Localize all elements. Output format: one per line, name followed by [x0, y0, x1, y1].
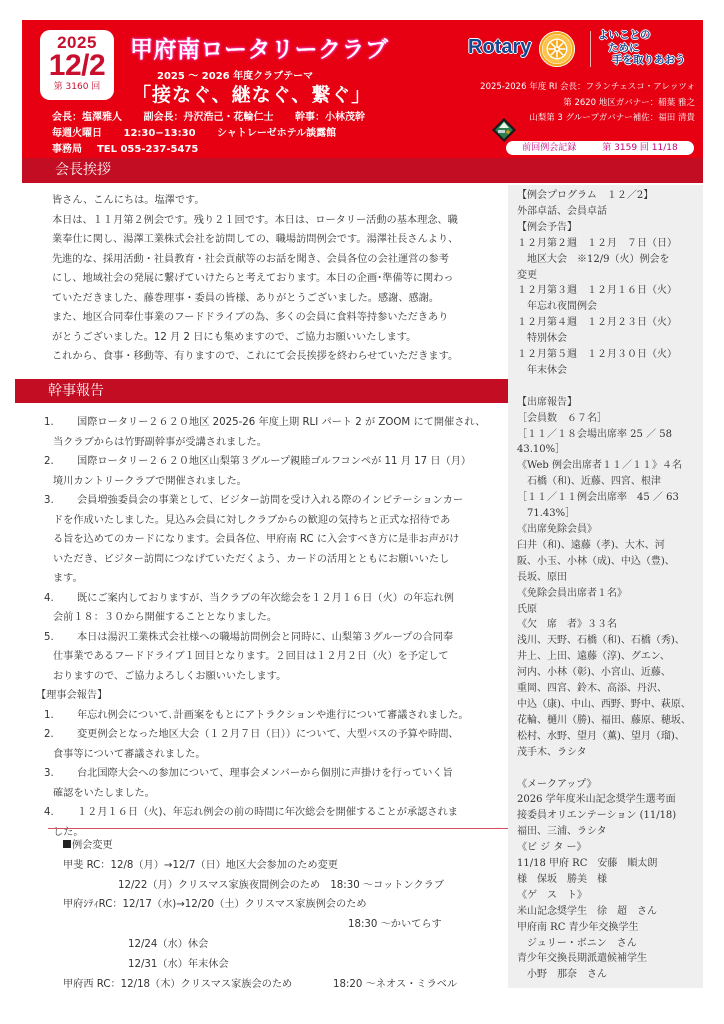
- club-theme: 「接なぐ、継なぐ、繋ぐ」: [132, 80, 371, 107]
- section-header-greeting: 会長挨拶: [22, 158, 703, 183]
- report-item-number: 1.: [44, 706, 77, 726]
- report-item: 2.国際ロータリー２６２０地区山梨第３グループ親睦ゴルフコンペが 11 月 17…: [44, 452, 506, 491]
- sidebar-line: 2026 学年度米山記念奨学生選考面: [517, 792, 701, 808]
- greeting-line: これから、食事・移動等、有りますので、これにて会長挨拶を終わらせていただきます。: [52, 347, 502, 367]
- sidebar-line: 様 保坂 勝美 様: [517, 872, 701, 888]
- report-line: 国際ロータリー２６２０地区 2025-26 年度上期 RLI パート 2 が Z…: [77, 413, 506, 433]
- meeting-change-row: 12/31（水）年末休会: [63, 955, 503, 975]
- meeting-time: 12:30−13:30: [123, 128, 195, 139]
- greeting-line: 皆さん、こんにちは。塩澤です。: [52, 191, 502, 211]
- previous-meeting-record: 前回例会記録 第 3159 回 11/18: [506, 141, 694, 155]
- sidebar-line: ［１１／１８会場出席率 25 ／ 58: [517, 427, 701, 443]
- district-governor: 第 2620 地区ガバナー：稲葉 雅之: [480, 96, 695, 112]
- report-line: 変更例会となった地区大会（１２月７日（日））について、大型バスの予算や時間、: [77, 725, 506, 745]
- report-line: 台北国際大会への参加について、理事会メンバーから個別に声掛けを行っていく旨: [77, 764, 506, 784]
- report-line: 本日は湯沢工業株式会社様への職場訪問例会と同時に、山梨第３グループの合同奉: [77, 628, 506, 648]
- meeting-day: 毎週火曜日: [52, 128, 102, 139]
- report-line: いただき、ビジター訪問につなげていただくよう、カードの活用とともにお願いいたし: [53, 550, 506, 570]
- sidebar-line: 11/18 甲府 RC 安藤 順太朗: [517, 856, 701, 872]
- meeting-change-row: 18:30 ～かいてらす: [63, 915, 503, 935]
- slogan-line: よいことの: [598, 29, 686, 42]
- greeting-line: がとうございました。12 月 2 日にも集めますので、ご協力お願いいたします。: [52, 328, 502, 348]
- greeting-line: ていただきました、藤巻理事・委員の皆様、ありがとうございました。感謝、感謝。: [52, 289, 502, 309]
- board-report-label: 【理事会報告】: [36, 686, 506, 706]
- club-name: 甲府南ロータリークラブ: [130, 31, 389, 64]
- report-item-text: 国際ロータリー２６２０地区 2025-26 年度上期 RLI パート 2 が Z…: [77, 413, 506, 452]
- report-item-text: 年忘れ例会について､計画案をもとにアトラクションや進行について審議されました。: [77, 706, 506, 726]
- sidebar-line: 甲府南 RC 青少年交換学生: [517, 920, 701, 936]
- greeting-line: にし、地域社会の発展に繋げていけたらと考えております。本日の企画･準備等に関わっ: [52, 269, 502, 289]
- prev-meeting-label: 前回例会記録: [522, 141, 576, 155]
- report-line: ます。: [53, 569, 506, 589]
- report-line: 当クラブからは竹野副幹事が受講されました。: [53, 433, 506, 453]
- president-greeting: 皆さん、こんにちは。塩澤です。 本日は、１１月第２例会です。残り２１回です。本日…: [52, 191, 502, 367]
- sidebar-line: 河内、小林（彰)、小宮山、近藤、: [517, 665, 701, 681]
- greeting-line: また、地区合同奉仕事業のフードドライブの為、多くの会員に食料等持参いただきあり: [52, 308, 502, 328]
- sidebar-line: 青少年交換長期派遣候補学生: [517, 951, 701, 967]
- report-item-text: 本日は湯沢工業株式会社様への職場訪問例会と同時に、山梨第３グループの合同奉仕事業…: [77, 628, 506, 687]
- vice-president: 副会長：丹沢浩己・花輪仁士: [143, 112, 273, 123]
- meeting-change-row: 甲斐 RC：12/8（月）→12/7（日）地区大会参加のため変更: [63, 856, 503, 876]
- office-label: 事務局: [52, 144, 82, 155]
- meeting-change-row: 甲府ｼﾃｨRC：12/17（水)→12/20（土）クリスマス家族例会のため: [63, 895, 503, 915]
- report-item: 4.既にご案内しておりますが、当クラブの年次総会を１２月１６日（火）の年忘れ例会…: [44, 589, 506, 628]
- secretary-report-list: 1.国際ロータリー２６２０地区 2025-26 年度上期 RLI パート 2 が…: [44, 413, 506, 842]
- report-item: 1.国際ロータリー２６２０地区 2025-26 年度上期 RLI パート 2 が…: [44, 413, 506, 452]
- report-line: 境川カントリークラブで開催されました。: [53, 472, 506, 492]
- meeting-info-sidebar: 【例会プログラム １２／2】外部卓話、会員卓話【例会予告】１２月第２週 １２月 …: [508, 185, 703, 988]
- sidebar-line: 茂手木、ラシタ: [517, 745, 701, 761]
- sidebar-line: [517, 761, 701, 777]
- sidebar-line: 43.10%］: [517, 442, 701, 458]
- ri-president: 2025-2026 年度 RI 会長：フランチェスコ・アレッツォ: [480, 80, 695, 96]
- report-line: 年忘れ例会について､計画案をもとにアトラクションや進行について審議されました。: [77, 706, 506, 726]
- sidebar-line: ［会員数 ６７名］: [517, 411, 701, 427]
- rotary-logo: Rotary よいことの ために 手を取りあおう: [468, 28, 692, 70]
- sidebar-line: 71.43%］: [517, 506, 701, 522]
- office-tel: TEL 055-237-5475: [97, 144, 198, 155]
- report-line: 会員増強委員会の事業として、ビジター訪問を受け入れる際のインビテーションカー: [77, 491, 506, 511]
- sidebar-line: 石橋（和)、近藤、四宮、根津: [517, 474, 701, 490]
- prev-meeting-date: 11/18: [652, 143, 678, 153]
- meeting-changes: 例会変更 甲斐 RC：12/8（月）→12/7（日）地区大会参加のため変更12/…: [63, 836, 503, 994]
- sidebar-line: 年末休会: [517, 363, 701, 379]
- sidebar-line: 【例会予告】: [517, 220, 701, 236]
- slogan-line: 手を取りあおう: [598, 54, 686, 67]
- sidebar-line: [517, 379, 701, 395]
- sidebar-line: 《欠 席 者》３３名: [517, 617, 701, 633]
- date-day: 12/2: [40, 52, 114, 80]
- sidebar-line: 花輪、樋川（勝)、福田、藤原、穂坂、: [517, 713, 701, 729]
- meeting-venue: シャトレーゼホテル談露館: [217, 128, 336, 139]
- report-line: 食事等について審議されました。: [53, 745, 506, 765]
- report-item: 5.本日は湯沢工業株式会社様への職場訪問例会と同時に、山梨第３グループの合同奉仕…: [44, 628, 506, 687]
- sidebar-line: 年忘れ夜間例会: [517, 299, 701, 315]
- report-item: 1.年忘れ例会について､計画案をもとにアトラクションや進行について審議されました…: [44, 706, 506, 726]
- rotary-wordmark: Rotary: [468, 36, 531, 59]
- rotary-wheel-icon: [538, 30, 576, 68]
- schedule-row: 毎週火曜日 12:30−13:30 シャトレーゼホテル談露館: [52, 126, 365, 142]
- greeting-line: 先進的な、採用活動・社員教育・社会貢献等のお話を聞き、会員各位の会社運営の参考: [52, 250, 502, 270]
- report-line: 確認をいたしました。: [53, 784, 506, 804]
- sidebar-line: 《ビ ジ タ ー》: [517, 840, 701, 856]
- sidebar-line: 地区大会 ※12/9（火）例会を: [517, 252, 701, 268]
- sidebar-line: 長坂、原田: [517, 570, 701, 586]
- sidebar-line: 【出席報告】: [517, 395, 701, 411]
- officers-row: 会長：塩澤雅人 副会長：丹沢浩己・花輪仁士 幹事：小林茂幹: [52, 110, 365, 126]
- office-row: 事務局 TEL 055-237-5475: [52, 142, 365, 158]
- sidebar-line: 福田、三浦、ラシタ: [517, 824, 701, 840]
- meeting-changes-title: 例会変更: [63, 836, 503, 856]
- prev-meeting-number: 第 3159 回: [602, 143, 649, 153]
- report-line: 国際ロータリー２６２０地区山梨第３グループ親睦ゴルフコンペが 11 月 17 日…: [77, 452, 506, 472]
- report-item-text: 既にご案内しておりますが、当クラブの年次総会を１２月１６日（火）の年忘れ例会前１…: [77, 589, 506, 628]
- report-line: 仕事業であるフードドライブ１回目となります。２回目は１２月２日（火）を予定して: [53, 647, 506, 667]
- report-item-text: 会員増強委員会の事業として、ビジター訪問を受け入れる際のインビテーションカードを…: [77, 491, 506, 589]
- sidebar-line: 《Web 例会出席者１１／１１》４名: [517, 458, 701, 474]
- sidebar-line: 【例会プログラム １２／2】: [517, 188, 701, 204]
- report-item-text: 国際ロータリー２６２０地区山梨第３グループ親睦ゴルフコンペが 11 月 17 日…: [77, 452, 506, 491]
- report-item: 2.変更例会となった地区大会（１２月７日（日））について、大型バスの予算や時間、…: [44, 725, 506, 764]
- sidebar-line: 変更: [517, 268, 701, 284]
- secretary: 幹事：小林茂幹: [295, 112, 365, 123]
- newsletter-header: 2025 12/2 第 3160 回 甲府南ロータリークラブ 2025 ～ 20…: [22, 20, 703, 158]
- section-header-secretary-report: 幹事報告: [15, 379, 508, 403]
- sidebar-line: 井上、上田、遠藤（淳)、グエン、: [517, 649, 701, 665]
- section-divider: [48, 828, 510, 829]
- report-line: 既にご案内しておりますが、当クラブの年次総会を１２月１６日（火）の年忘れ例: [77, 589, 506, 609]
- rotary-slogan: よいことの ために 手を取りあおう: [598, 29, 686, 67]
- sidebar-line: 重岡、四宮、鈴木、高添、丹沢、: [517, 681, 701, 697]
- meeting-change-row: 12/24（水）休会: [63, 935, 503, 955]
- greeting-line: 業奉仕に関し、湯澤工業株式会社を訪問しての、職場訪問例会です。湯澤社長さんより、: [52, 230, 502, 250]
- sidebar-line: 《出席免除会員》: [517, 522, 701, 538]
- logo-divider: [590, 31, 591, 67]
- sidebar-line: 臼井（和)、遠藤（孝)、大木、河: [517, 538, 701, 554]
- greeting-line: 本日は、１１月第２例会です。残り２１回です。本日は、ロータリー活動の基本理念、職: [52, 211, 502, 231]
- sidebar-line: １２月第４週 １２月２３日（火）: [517, 315, 701, 331]
- president: 会長：塩澤雅人: [52, 112, 122, 123]
- report-item-text: 変更例会となった地区大会（１２月７日（日））について、大型バスの予算や時間、食事…: [77, 725, 506, 764]
- sidebar-line: 接委員オリエンテーション (11/18): [517, 808, 701, 824]
- sidebar-line: ［１１／１１例会出席率 45 ／ 63: [517, 490, 701, 506]
- sidebar-line: 小野 那奈 さん: [517, 967, 701, 983]
- officers-info: 会長：塩澤雅人 副会長：丹沢浩己・花輪仁士 幹事：小林茂幹 毎週火曜日 12:3…: [52, 110, 365, 158]
- report-line: おりますので、ご協力よろしくお願いいたします。: [53, 667, 506, 687]
- sidebar-line: 《免除会員出席者１名》: [517, 586, 701, 602]
- sidebar-line: １２月第２週 １２月 ７日（日）: [517, 236, 701, 252]
- report-line: ドを作成いたしました。見込み会員に対しクラブからの歓迎の気持ちと正式な招待であ: [53, 511, 506, 531]
- sidebar-line: 外部卓話、会員卓話: [517, 204, 701, 220]
- sidebar-line: 氏原: [517, 602, 701, 618]
- sidebar-line: ジュリー・ボニン さん: [517, 936, 701, 952]
- date-badge: 2025 12/2 第 3160 回: [40, 30, 114, 100]
- report-item-text: 台北国際大会への参加について、理事会メンバーから個別に声掛けを行っていく旨確認を…: [77, 764, 506, 803]
- report-line: 会前１８：３０から開催することとなりました。: [53, 608, 506, 628]
- meeting-changes-title-text: 例会変更: [72, 840, 113, 851]
- sidebar-line: １２月第５週 １２月３０日（火）: [517, 347, 701, 363]
- sidebar-line: 中込（康)、中山、西野、野中、萩原、: [517, 697, 701, 713]
- report-line: １２月１６日（火)、年忘れ例会の前の時間に年次総会を開催することが承認されま: [77, 803, 506, 823]
- report-item: 3.会員増強委員会の事業として、ビジター訪問を受け入れる際のインビテーションカー…: [44, 491, 506, 589]
- sidebar-line: 阪、小玉、小林（成)、中込（豊)、: [517, 554, 701, 570]
- sidebar-line: 浅川、天野、石橋（和)、石橋（秀)、: [517, 633, 701, 649]
- meeting-number: 第 3160 回: [40, 80, 114, 94]
- report-line: る旨を込めてのカードになります。会員各位、甲府南 RC に入会すべき方に是非お声…: [53, 530, 506, 550]
- meeting-change-row: 12/22（月）クリスマス家族夜間例会のため 18:30 ～コットンクラブ: [63, 876, 503, 896]
- sidebar-line: 米山記念奨学生 徐 超 さん: [517, 904, 701, 920]
- sidebar-line: 《メークアップ》: [517, 777, 701, 793]
- meeting-change-row: 甲府西 RC：12/18（木）クリスマス家族会のため 18:20 ～ネオス・ミラ…: [63, 975, 503, 995]
- sidebar-line: １２月第３週 １２月１６日（火）: [517, 283, 701, 299]
- sidebar-line: 《ゲ ス ト》: [517, 888, 701, 904]
- slogan-line: ために: [598, 42, 686, 55]
- square-bullet-icon: [63, 840, 71, 848]
- sidebar-line: 松村、水野、望月（薫)、望月（瑠)、: [517, 729, 701, 745]
- sidebar-content: 【例会プログラム １２／2】外部卓話、会員卓話【例会予告】１２月第２週 １２月 …: [517, 188, 701, 983]
- district-emblem-icon: [492, 118, 516, 142]
- sidebar-line: 特別休会: [517, 331, 701, 347]
- report-item: 3.台北国際大会への参加について、理事会メンバーから個別に声掛けを行っていく旨確…: [44, 764, 506, 803]
